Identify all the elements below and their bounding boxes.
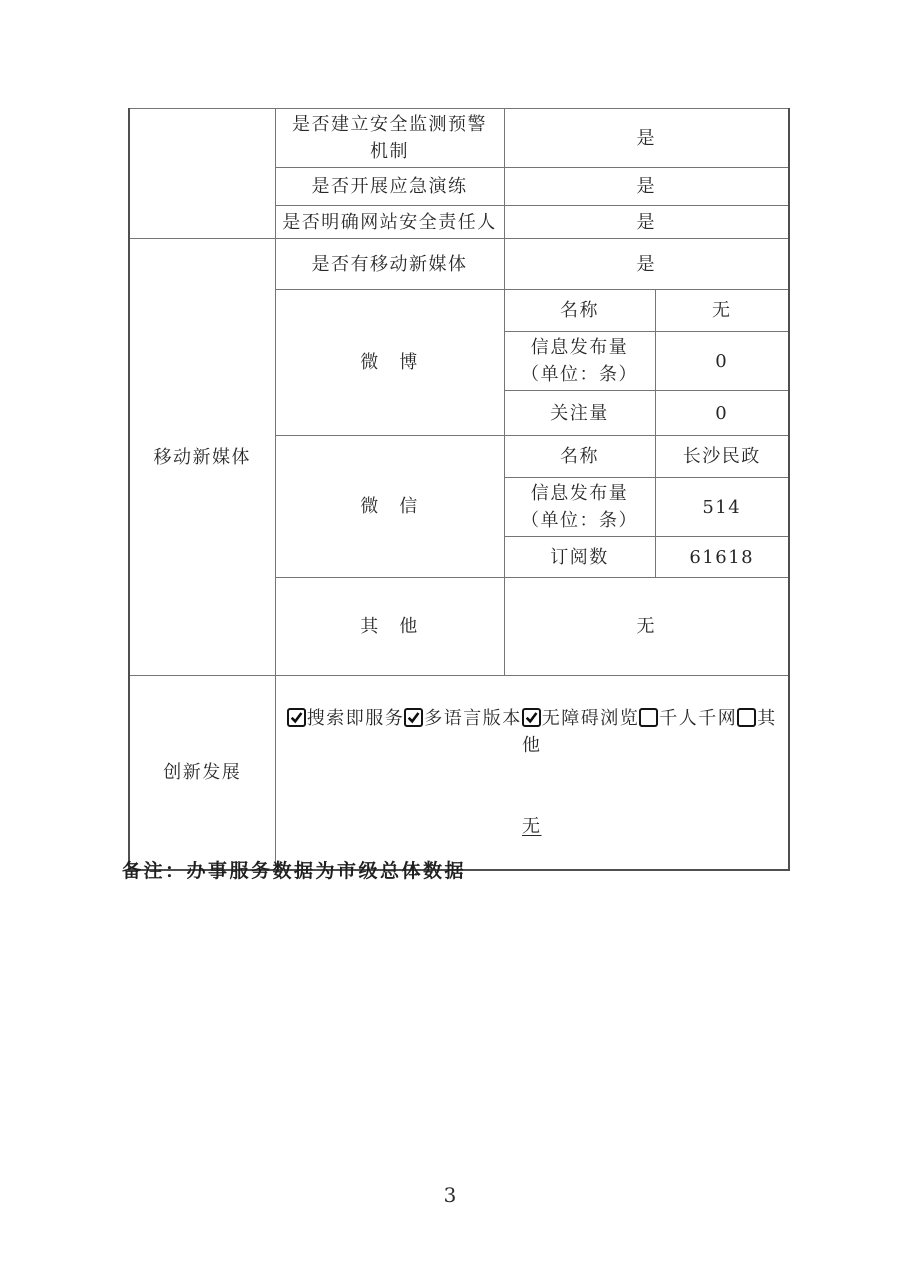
innovation-option-label: 无障碍浏览 <box>542 708 640 729</box>
other-media-value: 无 <box>504 578 789 676</box>
innovation-other-value: 无 <box>522 816 542 837</box>
wechat-subscribers-value: 61618 <box>655 537 789 578</box>
has-new-media-answer: 是 <box>504 239 789 290</box>
group-cell-mobile-media: 移动新媒体 <box>129 239 275 676</box>
footnote: 备注：办事服务数据为市级总体数据 <box>122 856 466 883</box>
table-row: 创新发展 搜索即服务多语言版本无障碍浏览千人千网其他 无 <box>129 676 789 871</box>
security-answer-drill: 是 <box>504 168 789 206</box>
wechat-posts-value: 514 <box>655 478 789 537</box>
security-answer-responsible: 是 <box>504 206 789 239</box>
innovation-option-label: 千人千网 <box>659 708 737 729</box>
wechat-label: 微 信 <box>275 436 504 578</box>
security-question-drill: 是否开展应急演练 <box>275 168 504 206</box>
checkbox-checked-icon[interactable] <box>404 708 423 727</box>
innovation-option-label: 多语言版本 <box>424 708 522 729</box>
weibo-followers-value: 0 <box>655 391 789 436</box>
group-cell-innovation: 创新发展 <box>129 676 275 871</box>
innovation-options-cell: 搜索即服务多语言版本无障碍浏览千人千网其他 无 <box>275 676 789 871</box>
security-question-monitoring: 是否建立安全监测预警 机制 <box>275 109 504 168</box>
weibo-label: 微 博 <box>275 290 504 436</box>
page-number: 3 <box>0 1183 900 1207</box>
checkbox-checked-icon[interactable] <box>287 708 306 727</box>
document-page: 是否建立安全监测预警 机制 是 是否开展应急演练 是 是否明确网站安全责任人 是… <box>0 0 900 1272</box>
other-media-label: 其 他 <box>275 578 504 676</box>
checkbox-checked-icon[interactable] <box>522 708 541 727</box>
wechat-posts-label: 信息发布量 （单位：条） <box>504 478 655 537</box>
weibo-followers-label: 关注量 <box>504 391 655 436</box>
has-new-media-question: 是否有移动新媒体 <box>275 239 504 290</box>
weibo-name-value: 无 <box>655 290 789 332</box>
weibo-posts-value: 0 <box>655 332 789 391</box>
group-cell-empty <box>129 109 275 239</box>
weibo-posts-label: 信息发布量 （单位：条） <box>504 332 655 391</box>
innovation-checkbox-line: 搜索即服务多语言版本无障碍浏览千人千网其他 <box>278 705 787 759</box>
table-row: 移动新媒体 是否有移动新媒体 是 <box>129 239 789 290</box>
report-table: 是否建立安全监测预警 机制 是 是否开展应急演练 是 是否明确网站安全责任人 是… <box>128 108 790 871</box>
wechat-subscribers-label: 订阅数 <box>504 537 655 578</box>
security-question-responsible: 是否明确网站安全责任人 <box>275 206 504 239</box>
weibo-name-label: 名称 <box>504 290 655 332</box>
innovation-other-line: 无 <box>278 786 787 840</box>
innovation-option-label: 搜索即服务 <box>307 708 405 729</box>
table-row: 是否建立安全监测预警 机制 是 <box>129 109 789 168</box>
wechat-name-value: 长沙民政 <box>655 436 789 478</box>
checkbox-unchecked-icon[interactable] <box>737 708 756 727</box>
security-answer-monitoring: 是 <box>504 109 789 168</box>
wechat-name-label: 名称 <box>504 436 655 478</box>
checkbox-unchecked-icon[interactable] <box>639 708 658 727</box>
